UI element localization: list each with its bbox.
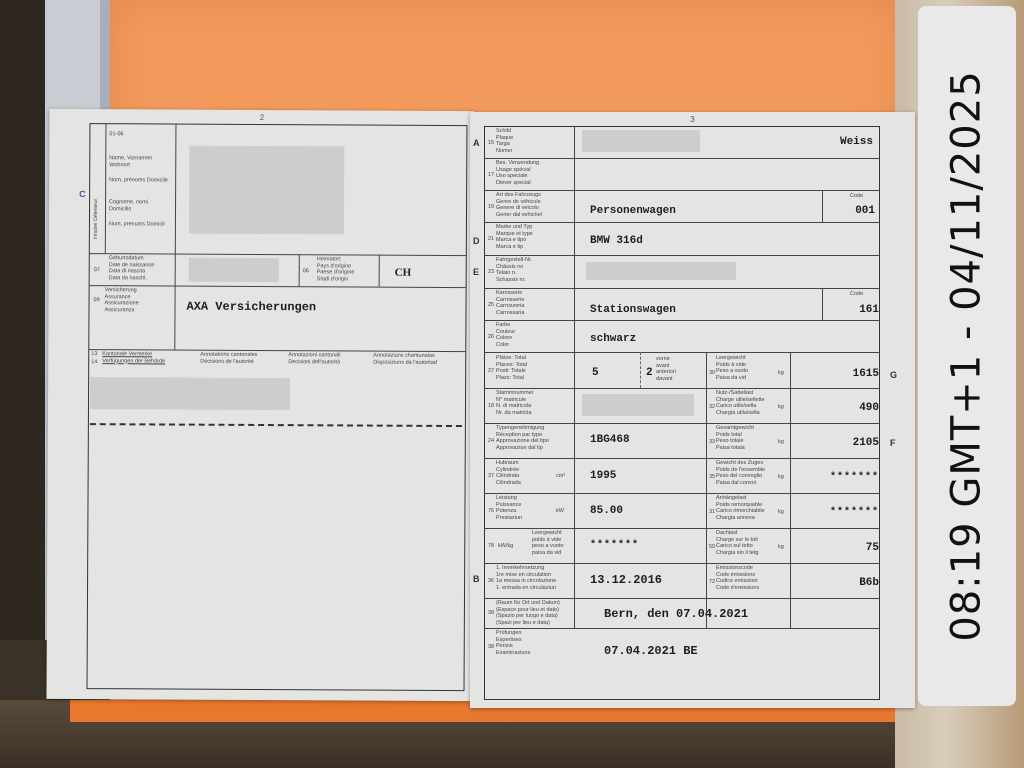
holder-label-rm: Num, prenums Domicil: [109, 221, 171, 228]
timestamp-text: 08:19 GMT+1 - 04/11/2025: [944, 70, 990, 641]
inspections-label: PrüfungenExpertises PerizieExaminaziuns: [496, 630, 530, 656]
power-weight-value: *******: [590, 540, 639, 551]
roof-load-value: 75: [866, 542, 879, 554]
plate-label: SchildPlaque TargaNomer: [496, 128, 513, 154]
body-label: KarosserieCarrosserie CarrozzeriaCarross…: [496, 290, 524, 316]
color-label: FarbeCouleur ColoreColor: [496, 322, 515, 348]
special-use-label: Bes. VerwendungUsage spécial Uso special…: [496, 160, 539, 186]
body-value: Stationswagen: [590, 304, 676, 316]
vehicle-type-label: Art des FahrzeugsGenre de véhicule Gener…: [496, 192, 542, 218]
emission-code-label: EmissionscodeCode émissions Codice emiss…: [716, 565, 759, 591]
body-code: 161: [859, 304, 879, 316]
train-weight-label: Gewicht des ZugesPoids de l'ensemble Pes…: [716, 460, 765, 486]
section-letter: C: [79, 189, 86, 199]
total-weight-value: 2105: [853, 437, 879, 449]
inspections-value: 07.04.2021 BE: [604, 644, 698, 658]
registration-page-right: 3 A D E B G F 15 SchildPlaque TargaNomer…: [470, 112, 915, 708]
origin-value: CH: [395, 267, 412, 279]
train-weight-value: *******: [830, 472, 879, 483]
vehicle-type-code: 001: [855, 205, 875, 217]
power-label: LeistungPuissance PotenzaPrestaziun: [496, 495, 522, 521]
annotations-col3: Annotazioni cantonali Decisioni dell'aut…: [288, 352, 340, 365]
origin-label: Heimatort Pays d'origine Paese d'origine…: [317, 256, 377, 282]
vehicle-type-value: Personenwagen: [590, 205, 676, 217]
empty-weight-value: 1615: [853, 368, 879, 380]
holder-label-de: Name, Vornamen Wohnort: [109, 155, 171, 168]
birthdate-label: Geburtsdatum Date de naissance Data di n…: [109, 255, 175, 281]
place-date-label: (Raum für Ort und Datum)(Espace pour lie…: [496, 600, 560, 626]
seats-front: 2: [646, 367, 653, 379]
type-approval-label: TypengenehmigungRéception par type Appro…: [496, 425, 549, 451]
plate-color: Weiss: [840, 136, 873, 148]
annotation-value-redacted: [90, 377, 290, 410]
power-weight-label: Leergewichtpoids à vide peso a vuotopais…: [532, 530, 564, 556]
holder-side-label: Inhaber Détenteur: [93, 149, 103, 239]
chassis-value-redacted: [586, 262, 736, 280]
roof-load-label: DachlastCharge sur le toit Carico sul te…: [716, 530, 759, 556]
page-number: 2: [49, 112, 474, 123]
page-number: 3: [470, 115, 915, 124]
empty-weight-label: LeergewichtPoids à vide Peso a vuotoPais…: [716, 355, 748, 381]
displacement-value: 1995: [590, 470, 616, 482]
power-value: 85.00: [590, 505, 623, 517]
make-model-label: Marke und TypMarque et type Marca e tipo…: [496, 224, 533, 250]
birthdate-value-redacted: [189, 258, 279, 282]
insurance-value: AXA Versicherungen: [186, 300, 316, 315]
displacement-label: HubraumCylindrée CilindrataCilindrada: [496, 460, 521, 486]
holder-label-fr: Nom, prénoms Domicile: [109, 177, 171, 184]
holder-value-redacted: [189, 146, 344, 235]
payload-label: Nutz-/SattellastCharge utile/sellette Ca…: [716, 390, 765, 416]
chassis-label: Fahrgestell-Nr.Châssis no Telaio n.Schas…: [496, 257, 532, 283]
total-weight-label: GesamtgewichtPoids total Peso totalePais…: [716, 425, 754, 451]
trailer-load-value: *******: [830, 507, 879, 518]
serial-number-label: StammnummerN° matricule N. di matricolaN…: [496, 390, 534, 416]
emission-code-value: B6b: [859, 577, 879, 589]
color-value: schwarz: [590, 333, 636, 345]
seats-total: 5: [592, 367, 599, 379]
serial-number-redacted: [582, 394, 694, 416]
timestamp-overlay: 08:19 GMT+1 - 04/11/2025: [918, 6, 1016, 706]
registration-page-left: 2 C Inhaber Détenteur 01-06 Name, Vornam…: [46, 109, 474, 701]
annotations-col4: Annotaziuns chantunalas Disposiziuns da …: [373, 353, 437, 366]
annotations-col1: Kantonale Vermerke Verfügungen der Behör…: [102, 351, 165, 364]
make-model-value: BMW 316d: [590, 235, 643, 247]
seats-front-label: vorneavant anterioridavant: [656, 356, 676, 382]
payload-value: 490: [859, 402, 879, 414]
holder-code: 01-06: [109, 131, 123, 138]
type-approval-value: 1BG468: [590, 434, 630, 446]
trailer-load-label: AnhängelastPoids remorquable Carico rimo…: [716, 495, 765, 521]
first-registration-label: 1. Inverkehrsetzung1re mise en circulati…: [496, 565, 556, 591]
place-date-value: Bern, den 07.04.2021: [604, 607, 748, 621]
seats-label: Plätze: TotalPlaces: Total Posti: Totale…: [496, 355, 570, 381]
holder-label-it: Cognome, nomi Domicilio: [109, 199, 171, 212]
first-registration-value: 13.12.2016: [590, 573, 662, 587]
plate-number-redacted: [582, 130, 700, 152]
insurance-label: Versicherung Assurance Assicurazione Ass…: [104, 287, 170, 313]
annotations-col2: Annotations cantonales Décisions de l'au…: [200, 352, 257, 365]
